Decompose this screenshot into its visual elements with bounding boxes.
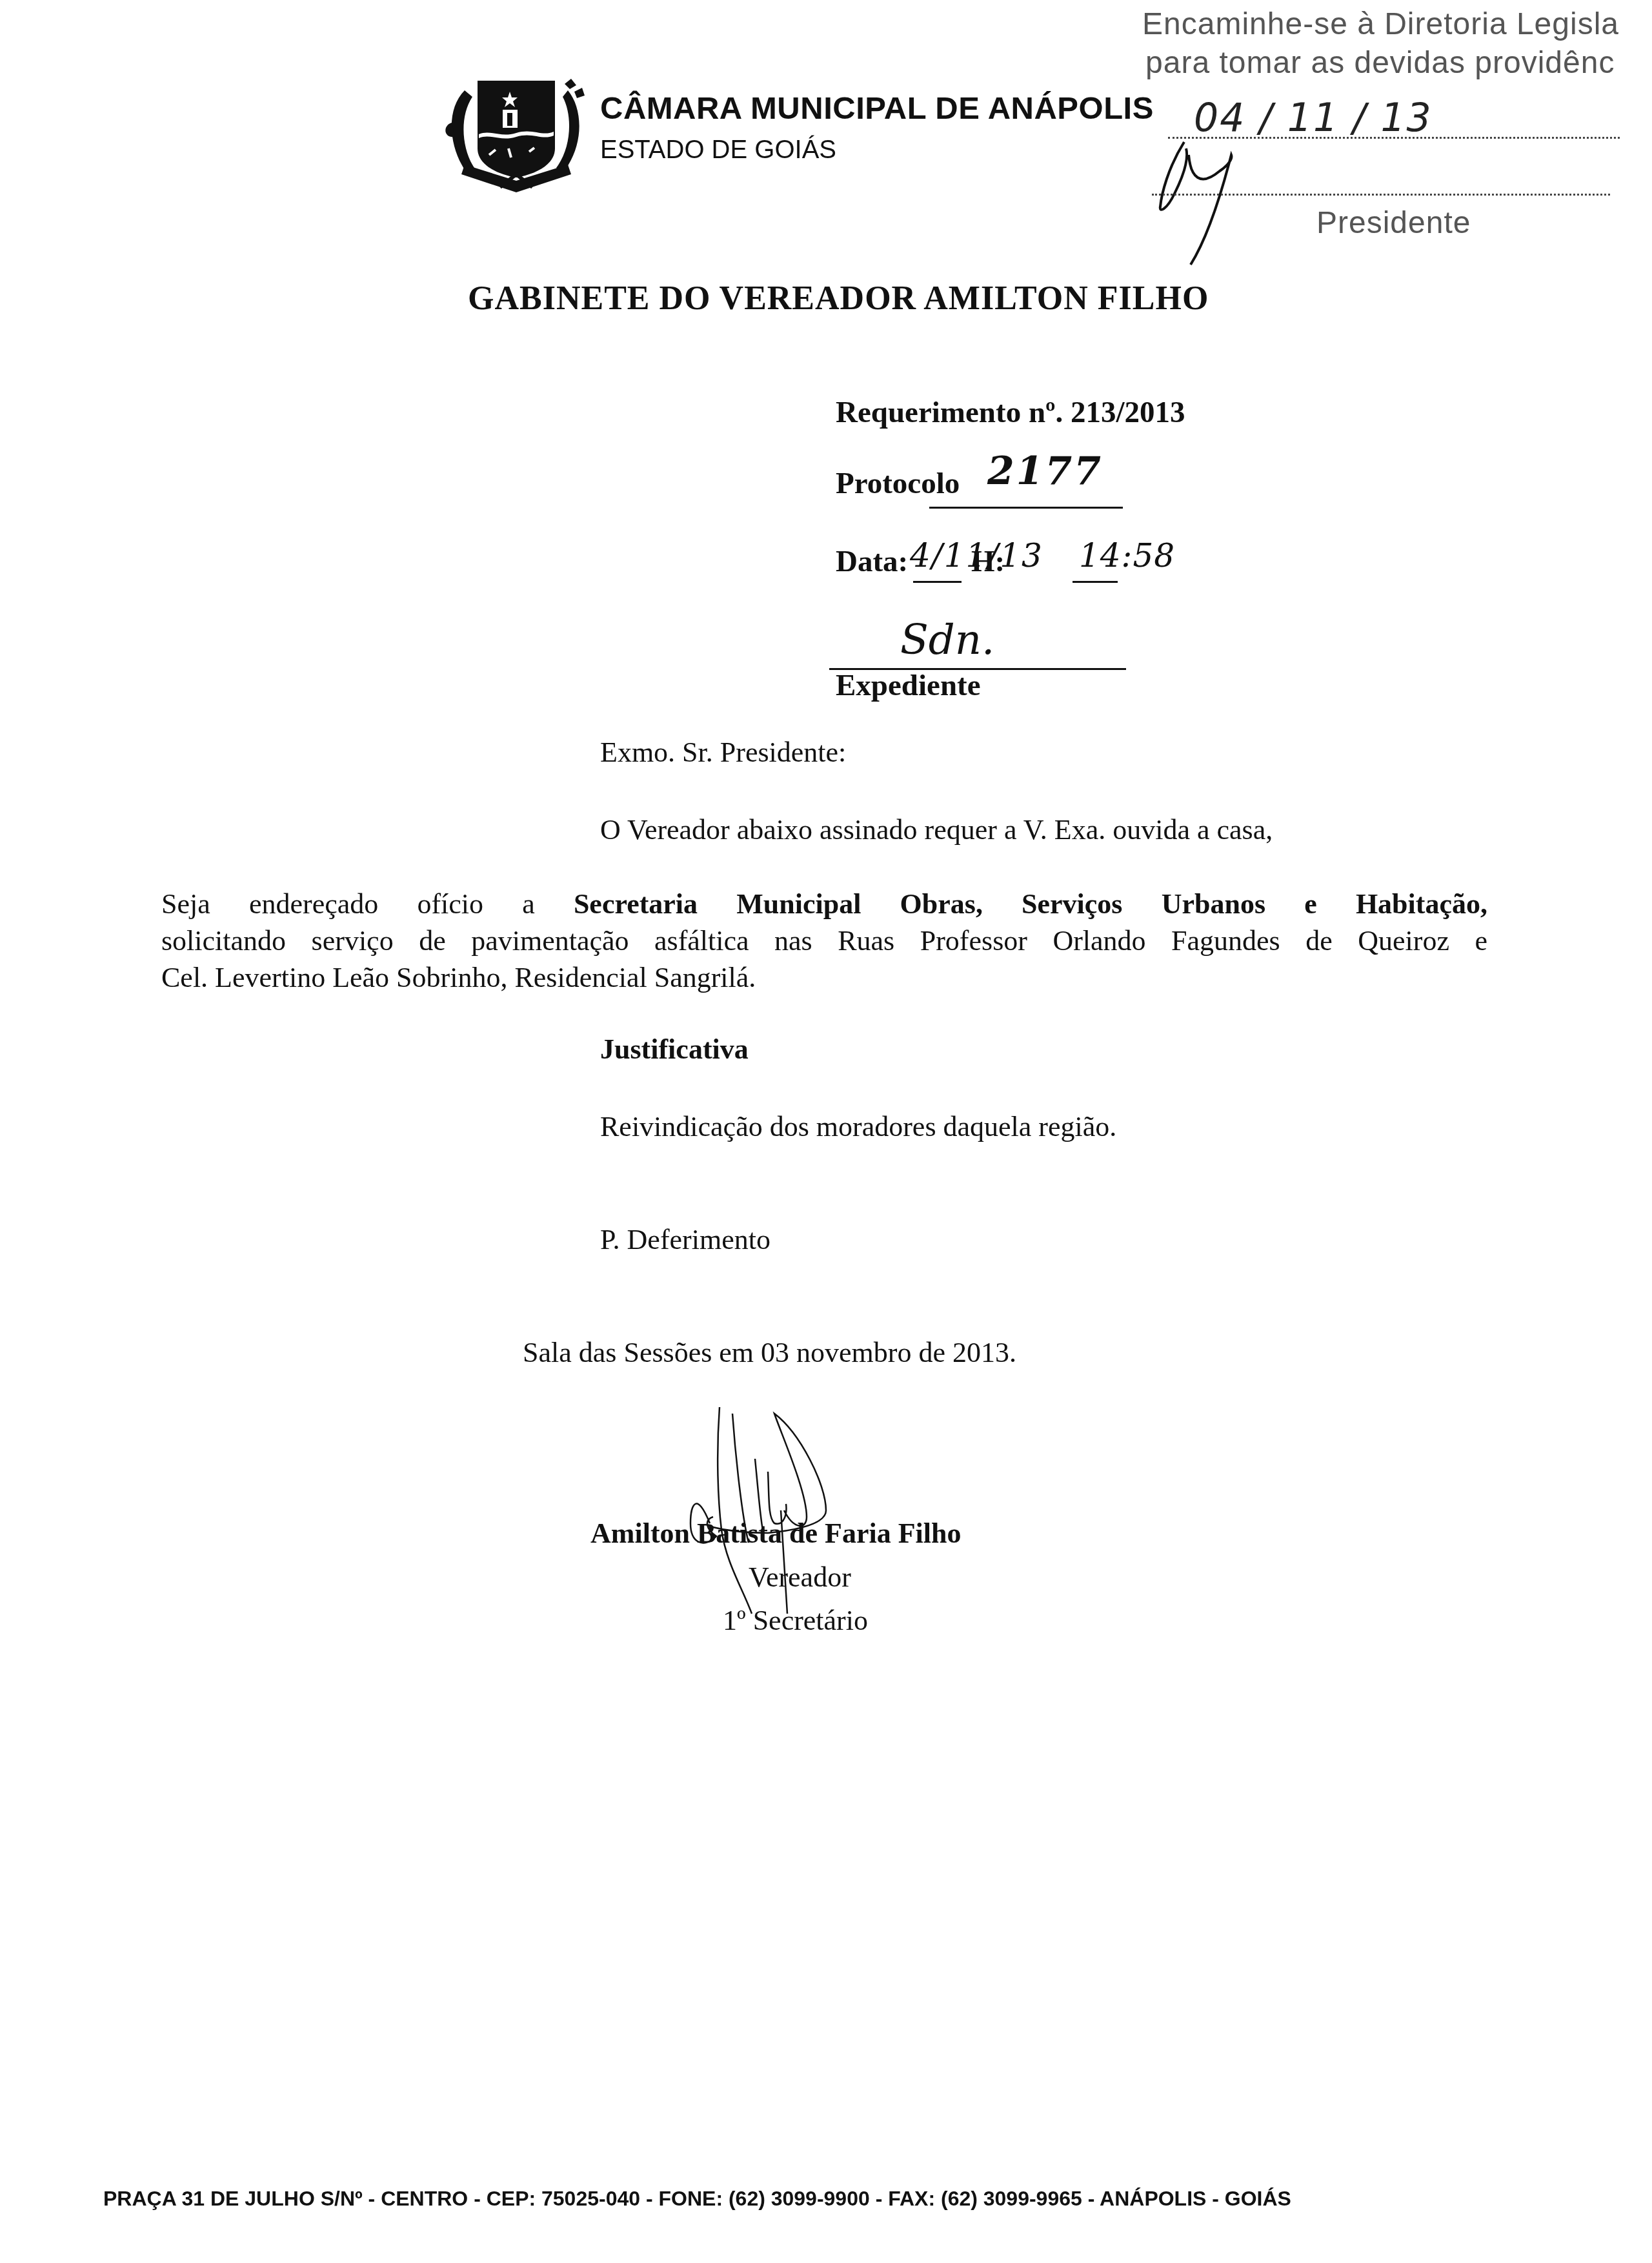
page-title: GABINETE DO VEREADOR AMILTON FILHO [468,279,1209,318]
expediente-signature: Sdn. [900,616,994,664]
request-line-1: Seja endereçado ofício a Secretaria Muni… [161,886,1487,922]
signer-role: Vereador [749,1561,851,1594]
hour-label: H: [971,544,1005,579]
intro-text: O Vereador abaixo assinado requer a V. E… [600,813,1273,846]
request-line-2: solicitando serviço de pavimentação asfá… [161,922,1487,959]
protocol-label: Protocolo [836,466,960,501]
president-signature [1149,129,1304,271]
organization-name: CÂMARA MUNICIPAL DE ANÁPOLIS [600,90,1154,127]
stamp-instruction-line1: Encaminhe-se à Diretoria Legisla [1142,6,1619,42]
addressee-secretariat: Secretaria Municipal Obras, Serviços Urb… [574,888,1487,920]
signer-office: 1º Secretário [723,1604,868,1637]
protocol-value: 2177 [987,449,1103,494]
footer-address: PRAÇA 31 DE JULHO S/Nº - CENTRO - CEP: 7… [103,2187,1291,2211]
request-line-1-prefix: Seja endereçado ofício a [161,888,574,920]
closing-text: P. Deferimento [600,1223,771,1256]
justification-text: Reivindicação dos moradores daquela regi… [600,1110,1116,1143]
signer-name: Amilton Batista de Faria Filho [590,1517,961,1550]
stamp-role: Presidente [1316,205,1471,241]
date-underline [913,581,962,583]
expediente-label: Expediente [836,668,981,703]
request-line-3: Cel. Levertino Leão Sobrinho, Residencia… [161,959,1487,996]
date-label: Data: [836,544,908,579]
hour-value: 14:58 [1079,537,1175,574]
request-paragraph: Seja endereçado ofício a Secretaria Muni… [161,886,1487,996]
place-date: Sala das Sessões em 03 novembro de 2013. [523,1336,1016,1369]
municipal-coat-of-arms-icon [439,52,594,200]
organization-state: ESTADO DE GOIÁS [600,136,836,165]
justification-heading: Justificativa [600,1033,749,1066]
stamp-instruction-line2: para tomar as devidas providênc [1145,45,1615,81]
hour-underline [1073,581,1118,583]
protocol-underline [929,507,1123,509]
salutation: Exmo. Sr. Presidente: [600,736,846,769]
request-number: Requerimento nº. 213/2013 [836,395,1185,430]
stamp-signature-rule [1152,194,1610,196]
